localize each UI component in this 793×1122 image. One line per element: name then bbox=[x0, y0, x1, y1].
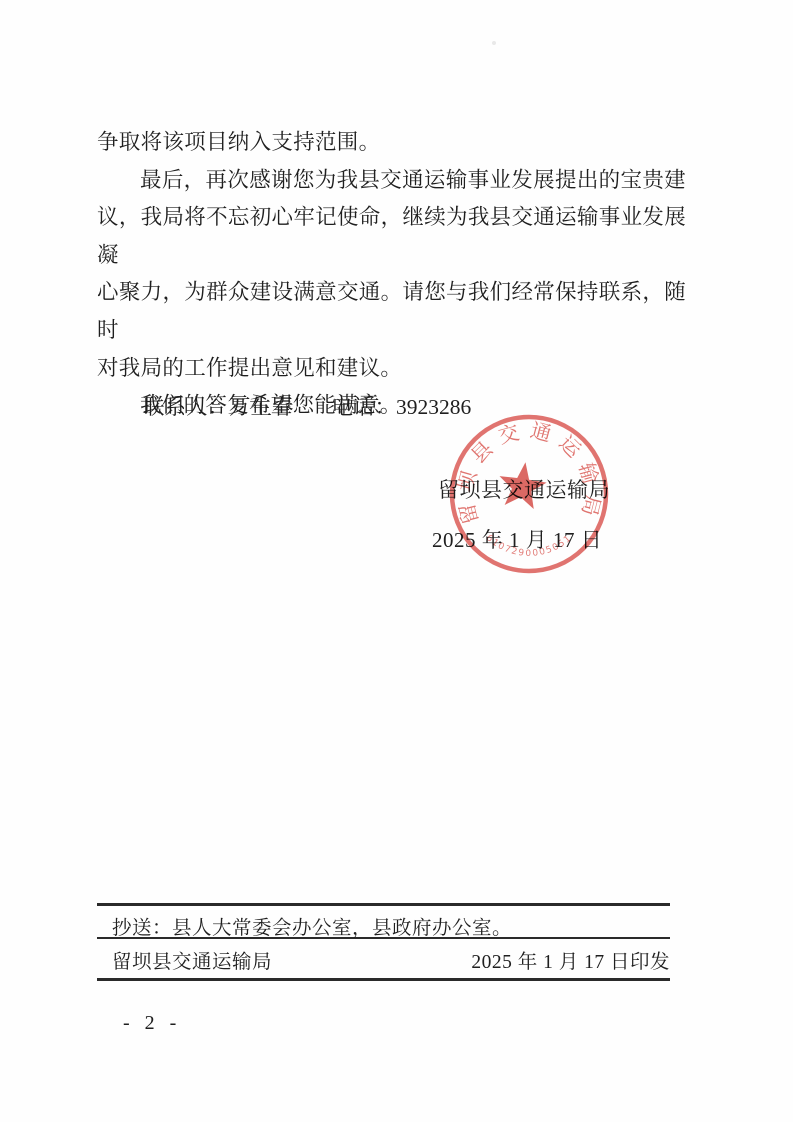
footer-rule-bottom bbox=[97, 978, 670, 981]
cc-row: 抄送：县人大常委会办公室，县政府办公室。 bbox=[112, 912, 512, 940]
seal-arc-text: 留坝县交通运输局 bbox=[454, 419, 604, 526]
issuer-org: 留坝县交通运输局 bbox=[112, 946, 272, 974]
signature-org: 留坝县交通运输局 bbox=[438, 474, 610, 504]
contact-phone: 电话：3923286 bbox=[332, 390, 472, 421]
scan-speck bbox=[492, 41, 496, 45]
contact-person: 联系人：万生春 bbox=[143, 390, 294, 421]
page-number: - 2 - bbox=[123, 1012, 181, 1035]
body-line: 对我局的工作提出意见和建议。 bbox=[97, 350, 686, 388]
print-date: 2025 年 1 月 17 日印发 bbox=[471, 946, 670, 974]
issuer-row: 留坝县交通运输局 2025 年 1 月 17 日印发 bbox=[112, 946, 670, 974]
document-page: 争取将该项目纳入支持范围。 最后，再次感谢您为我县交通运输事业发展提出的宝贵建 … bbox=[0, 0, 793, 1122]
body-text: 争取将该项目纳入支持范围。 最后，再次感谢您为我县交通运输事业发展提出的宝贵建 … bbox=[97, 124, 686, 425]
body-line: 最后，再次感谢您为我县交通运输事业发展提出的宝贵建 bbox=[97, 162, 686, 200]
body-line: 议，我局将不忘初心牢记使命，继续为我县交通运输事业发展凝 bbox=[97, 199, 686, 274]
body-line: 争取将该项目纳入支持范围。 bbox=[97, 124, 686, 162]
signature-date: 2025 年 1 月 17 日 bbox=[432, 524, 602, 554]
footer-rule-top bbox=[97, 903, 670, 906]
contact-row: 联系人：万生春 电话：3923286 bbox=[143, 390, 471, 421]
body-line: 心聚力，为群众建设满意交通。请您与我们经常保持联系，随时 bbox=[97, 274, 686, 349]
